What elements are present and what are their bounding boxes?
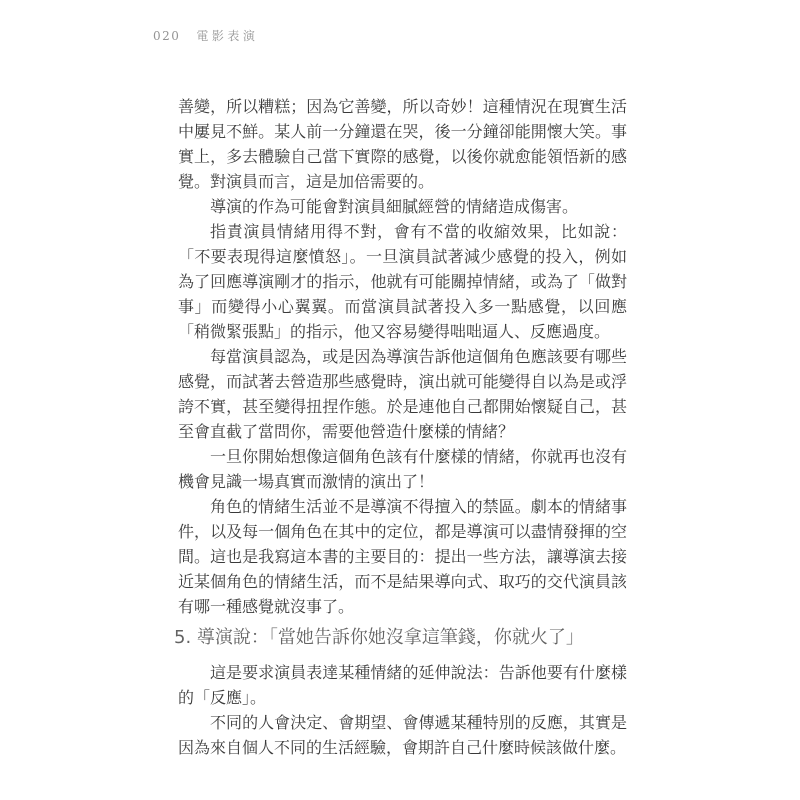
paragraph: 角色的情緒生活並不是導演不得擅入的禁區。劇本的情緒事件，以及每一個角色在其中的定… (178, 494, 627, 619)
book-page: 020電影表演 善變，所以糟糕；因為它善變，所以奇妙！這種情況在現實生活中屢見不… (0, 0, 800, 800)
page-number: 020 (153, 29, 180, 43)
paragraph: 每當演員認為，或是因為導演告訴他這個角色應該要有哪些感覺，而試著去營造那些感覺時… (178, 344, 627, 444)
paragraph: 一旦你開始想像這個角色該有什麼樣的情緒，你就再也沒有機會見識一場真實而激情的演出… (178, 444, 627, 494)
paragraph: 不同的人會決定、會期望、會傳遞某種特別的反應，其實是因為來自個人不同的生活經驗，… (178, 710, 627, 760)
paragraph: 善變，所以糟糕；因為它善變，所以奇妙！這種情況在現實生活中屢見不鮮。某人前一分鐘… (178, 94, 627, 194)
paragraph: 導演的作為可能會對演員細膩經營的情緒造成傷害。 (178, 194, 627, 219)
body-paragraphs-before-heading: 善變，所以糟糕；因為它善變，所以奇妙！這種情況在現實生活中屢見不鮮。某人前一分鐘… (178, 94, 627, 619)
paragraph: 這是要求演員表達某種情緒的延伸說法：告訴他要有什麼樣的「反應」。 (178, 660, 627, 710)
text-block: 善變，所以糟糕；因為它善變，所以奇妙！這種情況在現實生活中屢見不鮮。某人前一分鐘… (178, 94, 627, 760)
paragraph: 指責演員情緒用得不對，會有不當的收縮效果，比如說：「不要表現得這麼憤怒」。一旦演… (178, 219, 627, 344)
body-paragraphs-after-heading: 這是要求演員表達某種情緒的延伸說法：告訴他要有什麼樣的「反應」。不同的人會決定、… (178, 660, 627, 760)
section-heading: 5. 導演說：「當她告訴你她沒拿這筆錢，你就火了」 (174, 625, 627, 651)
running-header: 020電影表演 (153, 27, 258, 44)
book-title: 電影表演 (196, 29, 258, 43)
